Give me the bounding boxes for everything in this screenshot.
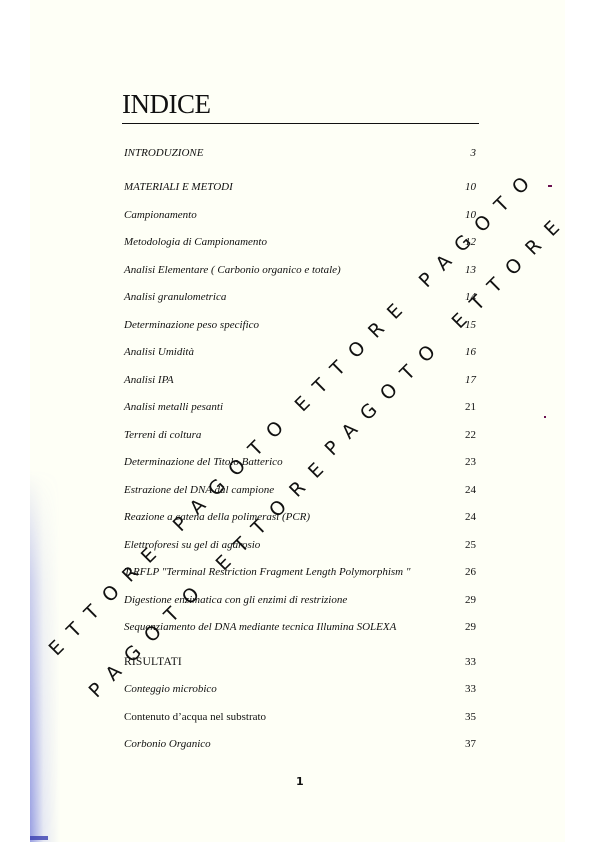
toc-entry-label: Metodologia di Campionamento [124,236,267,248]
toc-entry: Terreni di coltura 22 [124,421,476,449]
toc-entry-label: INTRODUZIONE [124,147,203,159]
toc-entry: Campionamento 10 [124,201,476,229]
toc-entry-page: 3 [456,147,476,159]
toc-entry: Conteggio microbico 33 [124,676,476,704]
toc-entry-label: Contenuto d’acqua nel substrato [124,711,266,723]
toc-entry-page: 22 [456,429,476,441]
toc-entry-page: 24 [456,484,476,496]
scan-speck [548,185,552,187]
toc-entry: Elettroforesi su gel di agarosio 25 [124,531,476,559]
toc-entry-label: Conteggio microbico [124,683,217,695]
toc-entry-label: RISULTATI [124,656,182,668]
scan-speck [544,416,546,418]
scan-edge-mark [30,836,48,840]
toc-entry: Reazione a catena della polimerasi (PCR)… [124,504,476,532]
toc-entry-page: 37 [456,738,476,750]
toc-entry-page: 23 [456,456,476,468]
toc-entry-page: 14 [456,291,476,303]
toc-entry-label: Digestione enzimatica con gli enzimi di … [124,594,347,606]
toc-entry-page: 13 [456,264,476,276]
toc-entry-page: 17 [456,374,476,386]
toc-entry: Estrazione del DNA dal campione 24 [124,476,476,504]
toc-entry-label: Sequenziamento del DNA mediante tecnica … [124,621,396,633]
toc-entry: Analisi Umidità 16 [124,339,476,367]
table-of-contents: INTRODUZIONE 3 MATERIALI E METODI 10 Cam… [124,139,476,758]
toc-entry-page: 35 [456,711,476,723]
scan-edge-shadow [30,470,60,842]
toc-entry-label: Terreni di coltura [124,429,201,441]
toc-entry-page: 21 [456,401,476,413]
toc-entry-page: 33 [456,683,476,695]
toc-entry: MATERIALI E METODI 10 [124,174,476,202]
toc-entry: Determinazione peso specifico 15 [124,311,476,339]
toc-entry-label: Analisi Elementare ( Carbonio organico e… [124,264,341,276]
toc-entry-page: 10 [456,209,476,221]
toc-entry-label: Analisi metalli pesanti [124,401,223,413]
toc-entry-page: 10 [456,181,476,193]
toc-entry: Digestione enzimatica con gli enzimi di … [124,586,476,614]
toc-entry: T-RFLP "Terminal Restriction Fragment Le… [124,559,476,587]
toc-entry-label: Determinazione peso specifico [124,319,259,331]
toc-entry: Analisi metalli pesanti 21 [124,394,476,422]
toc-entry: INTRODUZIONE 3 [124,139,476,167]
toc-entry: Analisi IPA 17 [124,366,476,394]
toc-entry-page: 16 [456,346,476,358]
toc-entry-label: Reazione a catena della polimerasi (PCR) [124,511,310,523]
toc-entry-page: 24 [456,511,476,523]
toc-entry-label: Campionamento [124,209,197,221]
toc-entry-label: Estrazione del DNA dal campione [124,484,274,496]
toc-entry-label: MATERIALI E METODI [124,181,233,193]
toc-entry-label: T-RFLP "Terminal Restriction Fragment Le… [124,566,410,578]
toc-entry-page: 29 [456,594,476,606]
toc-entry: Sequenziamento del DNA mediante tecnica … [124,614,476,642]
toc-entry: Corbonio Organico 37 [124,731,476,759]
toc-entry-page: 26 [456,566,476,578]
toc-entry-page: 29 [456,621,476,633]
toc-entry: Analisi Elementare ( Carbonio organico e… [124,256,476,284]
toc-entry-label: Analisi Umidità [124,346,194,358]
title-rule [122,123,479,124]
toc-entry-page: 25 [456,539,476,551]
toc-entry: Metodologia di Campionamento 12 [124,229,476,257]
toc-entry-label: Corbonio Organico [124,738,211,750]
toc-entry-page: 12 [456,236,476,248]
toc-entry: Determinazione del Titolo Batterico 23 [124,449,476,477]
page-title: INDICE [122,87,210,121]
toc-entry: Analisi granulometrica 14 [124,284,476,312]
toc-entry: Contenuto d’acqua nel substrato 35 [124,703,476,731]
page-number: 1 [296,775,304,788]
toc-entry-page: 15 [456,319,476,331]
toc-entry-page: 33 [456,656,476,668]
toc-entry-label: Elettroforesi su gel di agarosio [124,539,260,551]
toc-section-heading: RISULTATI 33 [124,648,476,676]
toc-entry-label: Analisi granulometrica [124,291,226,303]
toc-entry-label: Analisi IPA [124,374,174,386]
toc-entry-label: Determinazione del Titolo Batterico [124,456,283,468]
